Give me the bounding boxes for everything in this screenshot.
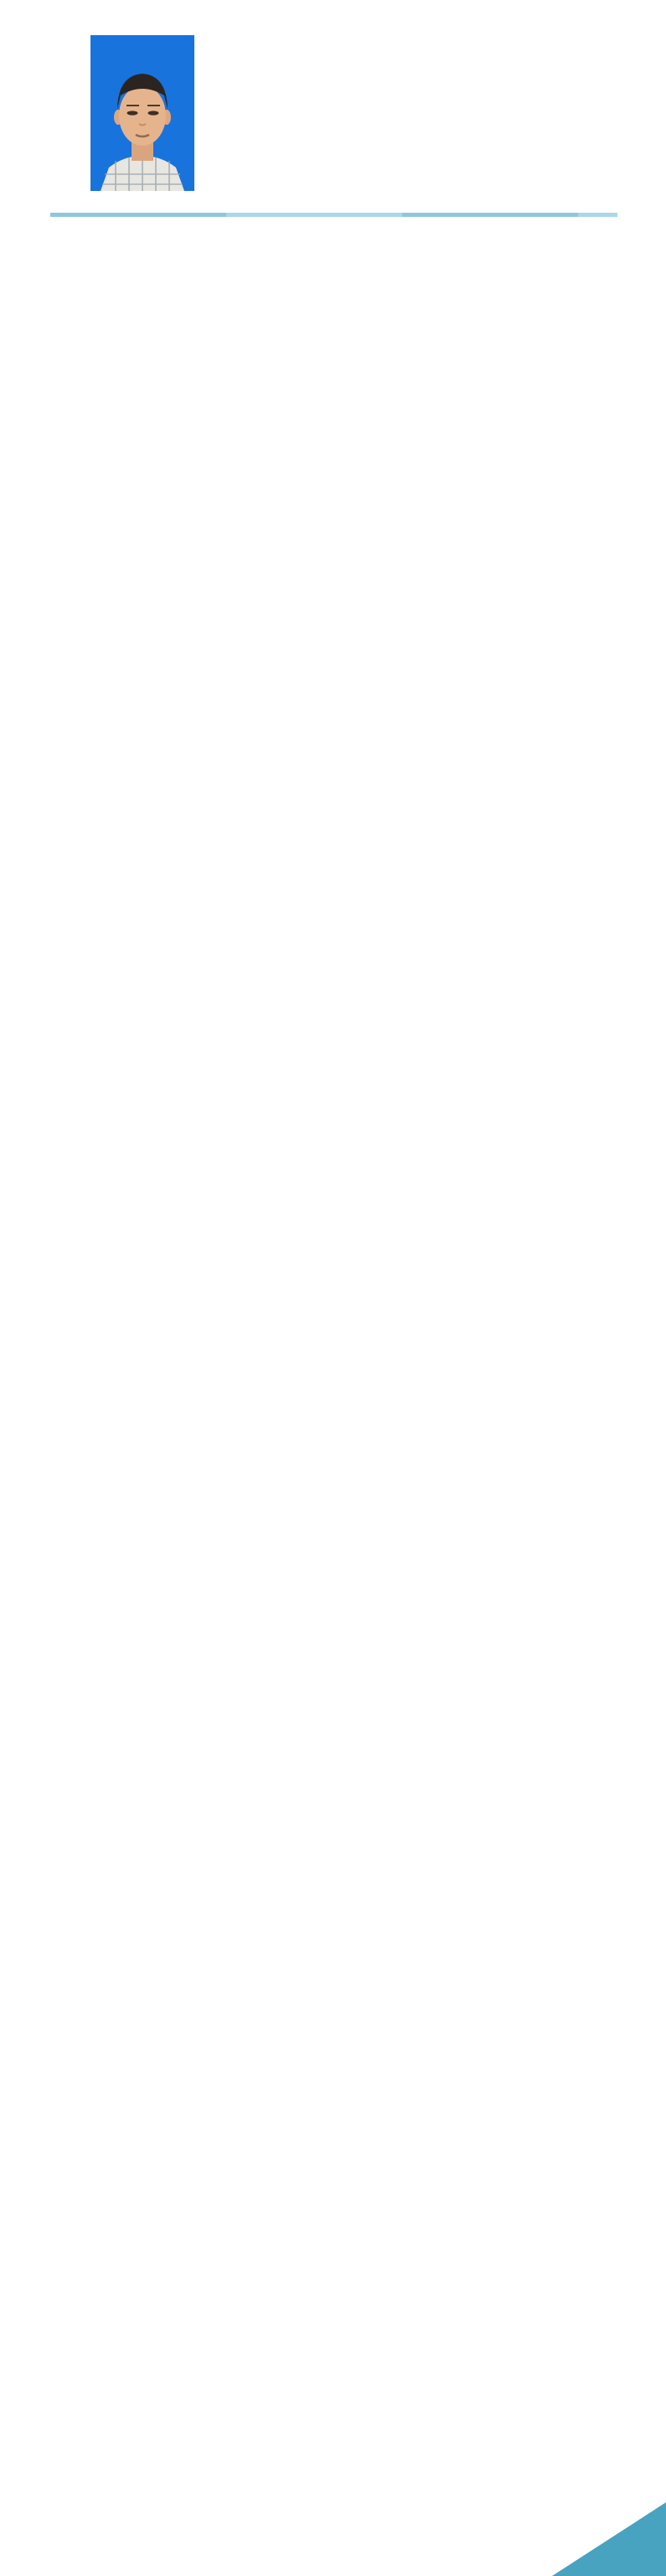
cv-page <box>0 0 666 2576</box>
corner-triangle-decoration <box>552 2502 666 2576</box>
profile-photo <box>90 35 194 191</box>
profile-header <box>0 0 666 191</box>
header-divider <box>50 213 617 217</box>
